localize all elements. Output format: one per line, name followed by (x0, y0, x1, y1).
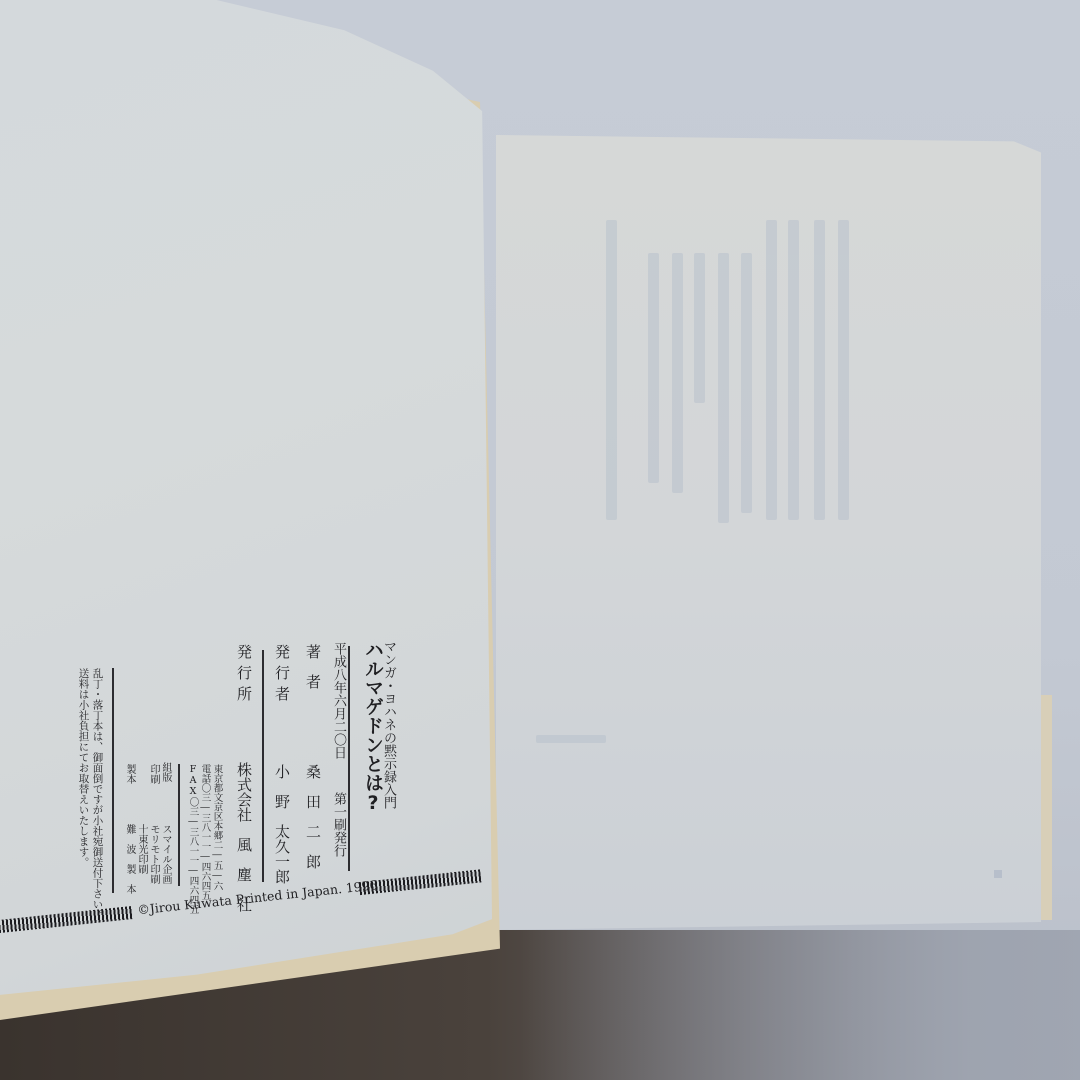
show-through-page-number (994, 870, 1002, 878)
publisher-label: 発行所 (236, 644, 251, 707)
author-label: 著 者 (305, 644, 320, 689)
right-page (496, 135, 1041, 930)
printing-label: 印刷 (148, 764, 158, 784)
decorative-rule-right (359, 869, 482, 895)
page-block-edge (1040, 695, 1052, 920)
show-through-text (496, 135, 1041, 930)
publication-date: 平成八年六月二〇日 (332, 642, 345, 759)
binding-label: 製本 (124, 764, 134, 784)
publisher-person-label: 発行者 (274, 644, 289, 707)
book-title: ハルマゲドンとは? (363, 640, 382, 814)
typesetting-label: 組版 (160, 762, 170, 782)
decorative-rule-left (0, 906, 133, 933)
notice-line-2: 送料は小社負担にてお取替えいたします。 (78, 668, 89, 868)
table-shadow-fade (520, 930, 1080, 1080)
